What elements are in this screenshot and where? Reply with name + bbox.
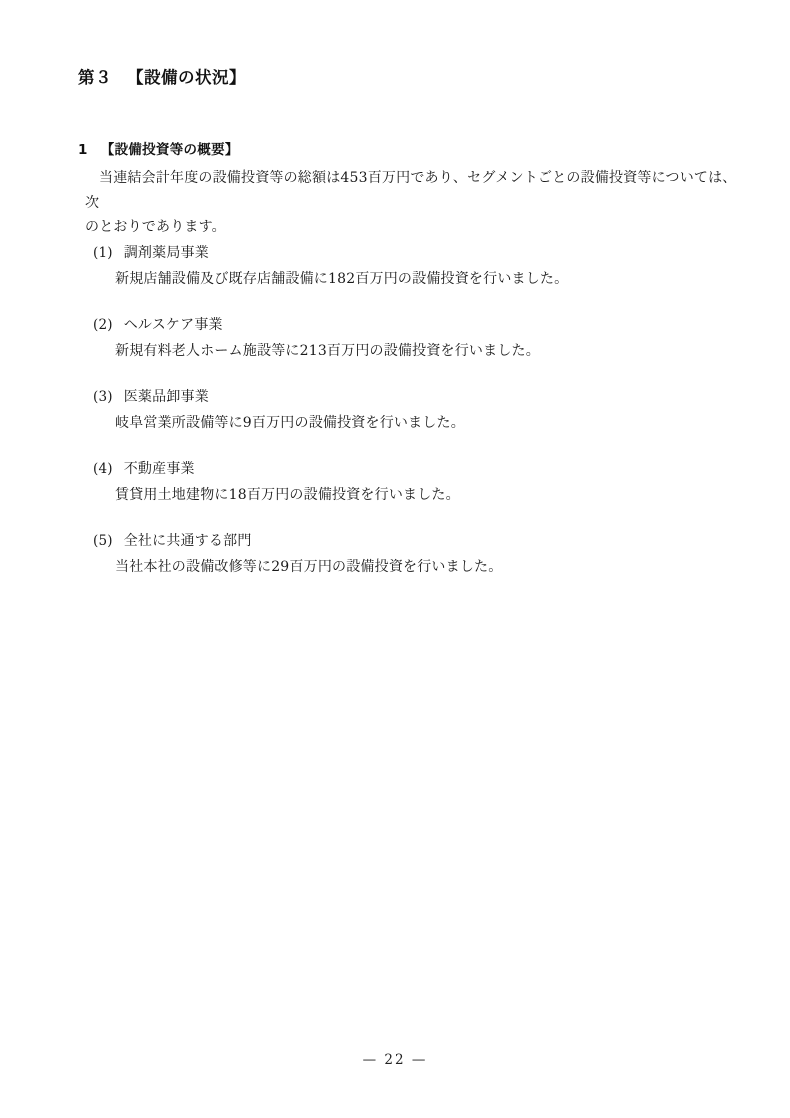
item-heading-text: 不動産事業 xyxy=(124,456,195,482)
item-heading-text: 医薬品卸事業 xyxy=(124,384,209,410)
segment-item-list: (1) 調剤薬局事業 新規店舗設備及び既存店舗設備に182百万円の設備投資を行い… xyxy=(93,240,744,580)
segment-item-4: (4) 不動産事業 賃貸用土地建物に18百万円の設備投資を行いました。 xyxy=(93,456,744,508)
segment-item-heading: (4) 不動産事業 xyxy=(93,456,744,482)
item-heading-text: 全社に共通する部門 xyxy=(124,528,252,554)
segment-item-body: 賃貸用土地建物に18百万円の設備投資を行いました。 xyxy=(115,482,744,508)
section-heading-text: 【設備投資等の概要】 xyxy=(101,140,239,161)
item-number: (3) xyxy=(93,384,113,410)
segment-item-1: (1) 調剤薬局事業 新規店舗設備及び既存店舗設備に182百万円の設備投資を行い… xyxy=(93,240,744,292)
segment-item-body: 新規店舗設備及び既存店舗設備に182百万円の設備投資を行いました。 xyxy=(115,266,744,292)
chapter-number: 第３ xyxy=(78,66,112,90)
item-number: (4) xyxy=(93,456,113,482)
segment-item-3: (3) 医薬品卸事業 岐阜営業所設備等に9百万円の設備投資を行いました。 xyxy=(93,384,744,436)
document-page: 第３ 【設備の状況】 1 【設備投資等の概要】 当連結会計年度の設備投資等の総額… xyxy=(0,0,790,1118)
segment-item-heading: (1) 調剤薬局事業 xyxy=(93,240,744,266)
item-number: (2) xyxy=(93,312,113,338)
segment-item-5: (5) 全社に共通する部門 当社本社の設備改修等に29百万円の設備投資を行いまし… xyxy=(93,528,744,580)
intro-line-1: 当連結会計年度の設備投資等の総額は453百万円であり、セグメントごとの設備投資等… xyxy=(85,166,745,215)
segment-item-body: 新規有料老人ホーム施設等に213百万円の設備投資を行いました。 xyxy=(115,338,744,364)
page-content: 第３ 【設備の状況】 1 【設備投資等の概要】 当連結会計年度の設備投資等の総額… xyxy=(78,66,744,600)
chapter-title-text: 【設備の状況】 xyxy=(127,66,246,90)
intro-paragraph: 当連結会計年度の設備投資等の総額は453百万円であり、セグメントごとの設備投資等… xyxy=(85,166,745,240)
page-number: — 22 — xyxy=(0,1052,790,1068)
item-heading-text: 調剤薬局事業 xyxy=(124,240,209,266)
segment-item-2: (2) ヘルスケア事業 新規有料老人ホーム施設等に213百万円の設備投資を行いま… xyxy=(93,312,744,364)
segment-item-body: 当社本社の設備改修等に29百万円の設備投資を行いました。 xyxy=(115,554,744,580)
segment-item-body: 岐阜営業所設備等に9百万円の設備投資を行いました。 xyxy=(115,410,744,436)
item-heading-text: ヘルスケア事業 xyxy=(124,312,223,338)
chapter-title: 第３ 【設備の状況】 xyxy=(78,66,744,90)
item-number: (1) xyxy=(93,240,113,266)
section-heading: 1 【設備投資等の概要】 xyxy=(78,140,744,161)
item-number: (5) xyxy=(93,528,113,554)
segment-item-heading: (2) ヘルスケア事業 xyxy=(93,312,744,338)
intro-line-2: のとおりであります。 xyxy=(85,215,745,240)
section-number: 1 xyxy=(78,140,88,161)
segment-item-heading: (5) 全社に共通する部門 xyxy=(93,528,744,554)
segment-item-heading: (3) 医薬品卸事業 xyxy=(93,384,744,410)
